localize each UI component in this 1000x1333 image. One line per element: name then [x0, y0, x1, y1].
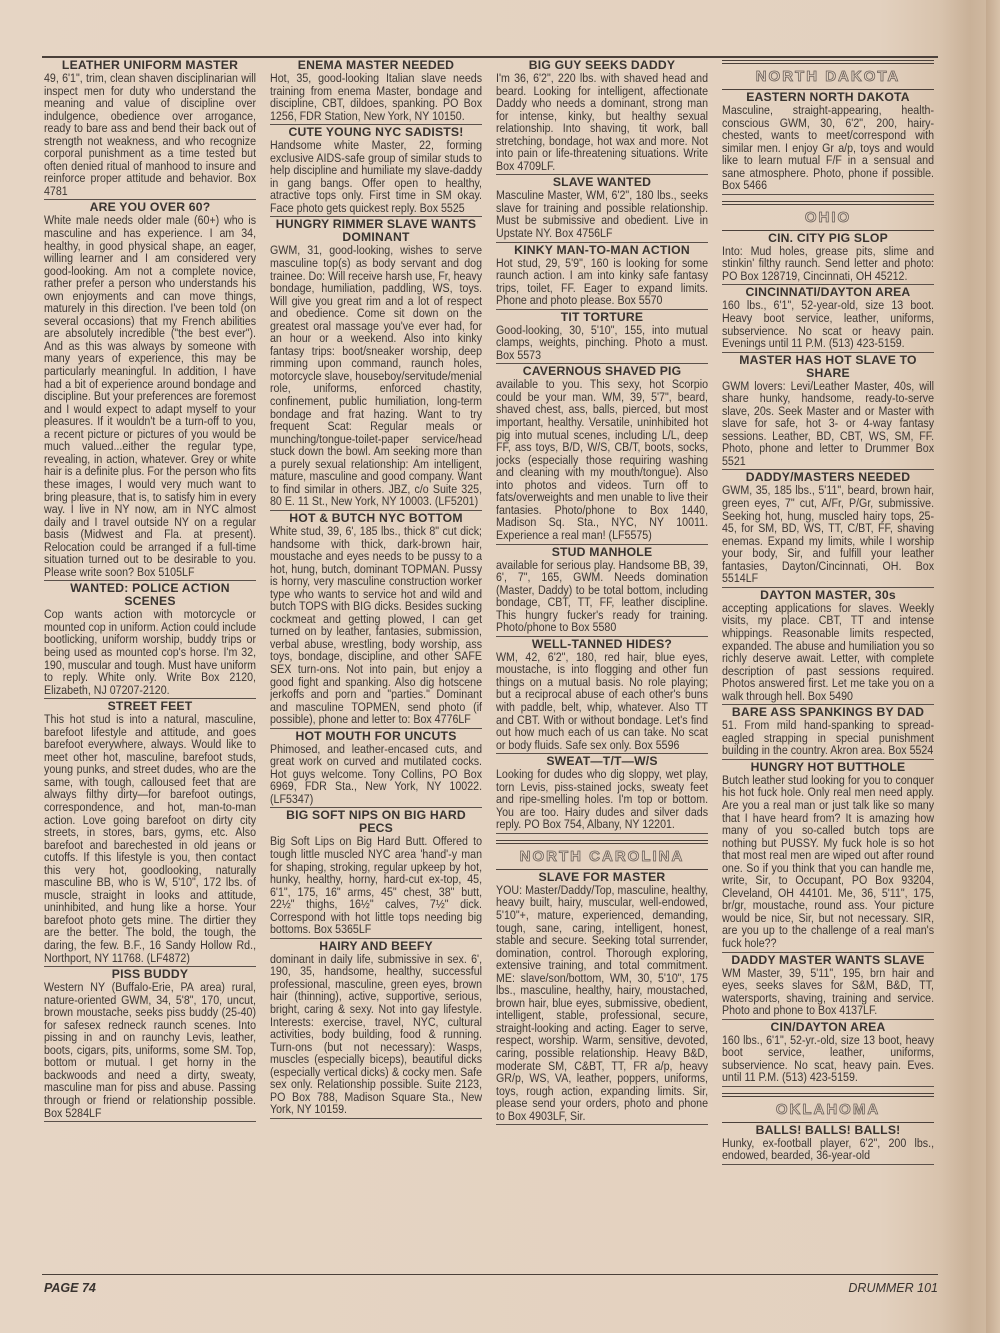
ad-body: Big Soft Lips on Big Hard Butt. Offered …	[270, 835, 482, 935]
classified-ad: KINKY MAN-TO-MAN ACTIONHot stud, 29, 5'9…	[496, 243, 708, 310]
ad-body: available for serious play. Handsome BB,…	[496, 559, 708, 634]
ad-body: Into: Mud holes, grease pits, slime and …	[722, 245, 934, 283]
classified-ad: BARE ASS SPANKINGS BY DAD51. From mild h…	[722, 705, 934, 760]
classified-ad: STUD MANHOLEavailable for serious play. …	[496, 545, 708, 637]
ad-headline: BIG SOFT NIPS ON BIG HARD PECS	[270, 809, 482, 835]
ad-body: GWM, 31, good-looking, wishes to serve m…	[270, 244, 482, 507]
state-name: NORTH DAKOTA	[756, 68, 901, 85]
classified-ad: BIG SOFT NIPS ON BIG HARD PECSBig Soft L…	[270, 808, 482, 938]
classified-ad: HAIRY AND BEEFYdominant in daily life, s…	[270, 939, 482, 1119]
ad-body: 49, 6'1", trim, clean shaven disciplinar…	[44, 72, 256, 197]
column-3: BIG GUY SEEKS DADDYI'm 36, 6'2", 220 lbs…	[496, 58, 708, 1270]
ad-body: 160 lbs., 6'1", 52-yr.-old, size 13 boot…	[722, 1034, 934, 1084]
ad-body: Good-looking, 30, 5'10", 155, into mutua…	[496, 324, 708, 362]
classified-ad: SLAVE WANTEDMasculine Master, WM, 6'2", …	[496, 175, 708, 242]
state-name: NORTH CAROLINA	[520, 848, 685, 865]
state-section-header: OKLAHOMA	[722, 1093, 934, 1123]
classified-ad: HUNGRY RIMMER SLAVE WANTS DOMINANTGWM, 3…	[270, 217, 482, 510]
ad-body: YOU: Master/Daddy/Top, masculine, health…	[496, 884, 708, 1122]
column-1: LEATHER UNIFORM MASTER49, 6'1", trim, cl…	[44, 58, 256, 1270]
classified-ad: ARE YOU OVER 60?White male needs older m…	[44, 200, 256, 581]
page-spine-shadow	[986, 0, 1000, 1333]
bottom-rule	[42, 1274, 938, 1275]
ad-body: White male needs older male (60+) who is…	[44, 214, 256, 578]
page-number: PAGE 74	[44, 1281, 96, 1295]
ad-body: This hot stud is into a natural, masculi…	[44, 713, 256, 964]
classified-ad: WELL-TANNED HIDES?WM, 42, 6'2", 180, red…	[496, 637, 708, 754]
ad-body: Handsome white Master, 22, forming exclu…	[270, 139, 482, 214]
state-section-header: NORTH DAKOTA	[722, 60, 934, 90]
classified-ad: CUTE YOUNG NYC SADISTS!Handsome white Ma…	[270, 125, 482, 217]
classified-ad: DADDY/MASTERS NEEDEDGWM, 35, 185 lbs., 5…	[722, 470, 934, 587]
ad-headline: HUNGRY RIMMER SLAVE WANTS DOMINANT	[270, 218, 482, 244]
column-2: ENEMA MASTER NEEDEDHot, 35, good-looking…	[270, 58, 482, 1270]
classified-ad: DAYTON MASTER, 30saccepting applications…	[722, 588, 934, 705]
ad-body: Cop wants action with motorcycle or moun…	[44, 608, 256, 696]
classified-ad: SWEAT—T/T—W/SLooking for dudes who dig s…	[496, 754, 708, 834]
ad-body: Western NY (Buffalo-Erie, PA area) rural…	[44, 981, 256, 1119]
classified-ad: DADDY MASTER WANTS SLAVEWM Master, 39, 5…	[722, 953, 934, 1020]
classified-ad: STREET FEETThis hot stud is into a natur…	[44, 699, 256, 967]
magazine-page: LEATHER UNIFORM MASTER49, 6'1", trim, cl…	[0, 0, 1000, 1333]
ad-body: dominant in daily life, submissive in se…	[270, 953, 482, 1116]
ad-body: GWM, 35, 185 lbs., 5'11", beard, brown h…	[722, 484, 934, 584]
classified-ad: PISS BUDDYWestern NY (Buffalo-Erie, PA a…	[44, 967, 256, 1122]
classified-ad: CAVERNOUS SHAVED PIGavailable to you. Th…	[496, 364, 708, 544]
ad-body: Hot, 35, good-looking Italian slave need…	[270, 72, 482, 122]
classified-ad: HUNGRY HOT BUTTHOLEButch leather stud lo…	[722, 760, 934, 953]
ad-body: Masculine, straight-appearing, health-co…	[722, 104, 934, 192]
column-4: NORTH DAKOTAEASTERN NORTH DAKOTAMasculin…	[722, 58, 934, 1270]
ad-body: I'm 36, 6'2", 220 lbs. with shaved head …	[496, 72, 708, 172]
ad-body: Looking for dudes who dig sloppy, wet pl…	[496, 768, 708, 831]
classified-ad: LEATHER UNIFORM MASTER49, 6'1", trim, cl…	[44, 58, 256, 200]
ad-body: Hunky, ex-football player, 6'2", 200 lbs…	[722, 1137, 934, 1162]
classified-columns: LEATHER UNIFORM MASTER49, 6'1", trim, cl…	[44, 58, 938, 1270]
classified-ad: CINCINNATI/DAYTON AREA160 lbs., 6'1", 52…	[722, 285, 934, 352]
classified-ad: SLAVE FOR MASTERYOU: Master/Daddy/Top, m…	[496, 870, 708, 1125]
classified-ad: WANTED: POLICE ACTION SCENESCop wants ac…	[44, 581, 256, 699]
classified-ad: CIN/DAYTON AREA160 lbs., 6'1", 52-yr.-ol…	[722, 1020, 934, 1087]
classified-ad: ENEMA MASTER NEEDEDHot, 35, good-looking…	[270, 58, 482, 125]
ad-body: White stud, 39, 6', 185 lbs., thick 8" c…	[270, 525, 482, 726]
ad-body: Hot stud, 29, 5'9", 160 is looking for s…	[496, 257, 708, 307]
ad-body: 160 lbs., 6'1", 52-year-old, size 13 boo…	[722, 299, 934, 349]
ad-body: GWM lovers: Levi/Leather Master, 40s, wi…	[722, 380, 934, 468]
state-name: OKLAHOMA	[776, 1101, 880, 1118]
classified-ad: HOT & BUTCH NYC BOTTOMWhite stud, 39, 6'…	[270, 511, 482, 729]
ad-headline: MASTER HAS HOT SLAVE TO SHARE	[722, 354, 934, 380]
ad-headline: WANTED: POLICE ACTION SCENES	[44, 582, 256, 608]
ad-body: WM Master, 39, 5'11", 195, brn hair and …	[722, 967, 934, 1017]
state-section-header: NORTH CAROLINA	[496, 840, 708, 870]
classified-ad: HOT MOUTH FOR UNCUTSPhimosed, and leathe…	[270, 729, 482, 809]
state-section-header: OHIO	[722, 201, 934, 231]
classified-ad: TIT TORTUREGood-looking, 30, 5'10", 155,…	[496, 310, 708, 365]
classified-ad: EASTERN NORTH DAKOTAMasculine, straight-…	[722, 90, 934, 195]
classified-ad: BIG GUY SEEKS DADDYI'm 36, 6'2", 220 lbs…	[496, 58, 708, 175]
ad-body: 51. From mild hand-spanking to spread-ea…	[722, 719, 934, 757]
ad-body: available to you. This sexy, hot Scorpio…	[496, 378, 708, 541]
state-name: OHIO	[805, 209, 851, 226]
classified-ad: MASTER HAS HOT SLAVE TO SHAREGWM lovers:…	[722, 353, 934, 471]
ad-body: Butch leather stud looking for you to co…	[722, 774, 934, 950]
ad-body: Phimosed, and leather-encased cuts, and …	[270, 743, 482, 806]
magazine-issue: DRUMMER 101	[848, 1281, 938, 1295]
ad-body: WM, 42, 6'2", 180, red hair, blue eyes, …	[496, 651, 708, 751]
classified-ad: CIN. CITY PIG SLOPInto: Mud holes, greas…	[722, 231, 934, 286]
ad-body: accepting applications for slaves. Weekl…	[722, 602, 934, 702]
ad-body: Masculine Master, WM, 6'2", 180 lbs., se…	[496, 189, 708, 239]
classified-ad: BALLS! BALLS! BALLS!Hunky, ex-football p…	[722, 1123, 934, 1165]
